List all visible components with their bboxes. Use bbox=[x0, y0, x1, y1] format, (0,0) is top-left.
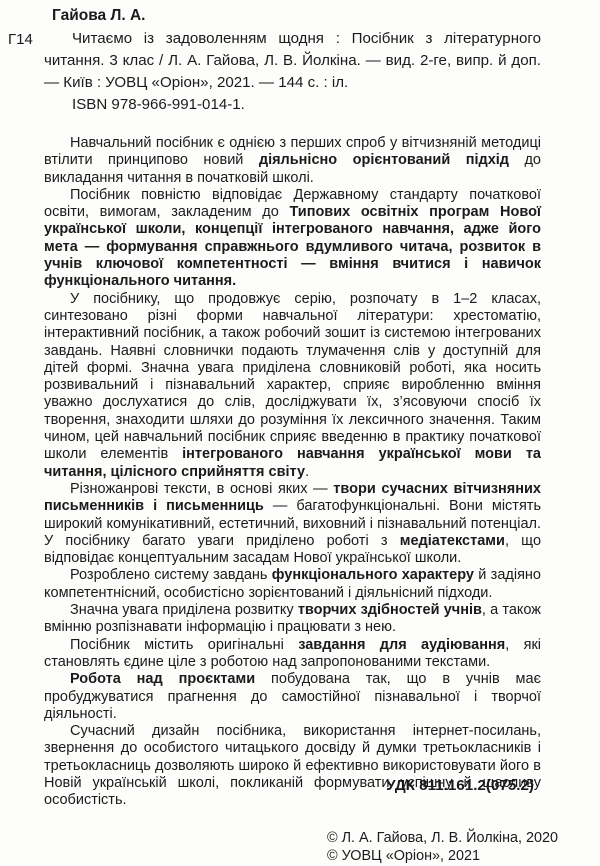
udc-number: УДК 811.161.2(075.2) bbox=[44, 777, 534, 794]
isbn-line: ISBN 978-966-991-014-1. bbox=[44, 96, 541, 113]
annotation-paragraph-3: У посібнику, що продовжує серію, розпоча… bbox=[44, 291, 541, 481]
annotation-paragraph-7: Посібник містить оригінальні завдання дл… bbox=[44, 637, 541, 672]
text-segment: Значна увага приділена розвитку bbox=[70, 602, 298, 618]
text-segment-bold: завдання для аудіювання bbox=[298, 637, 505, 653]
text-segment-bold: функціонального характеру bbox=[272, 567, 474, 583]
copyright-publisher: © УОВЦ «Оріон», 2021 bbox=[327, 848, 558, 866]
annotation-text: Навчальний посібник є однією з перших сп… bbox=[44, 135, 541, 810]
book-imprint-page: Гайова Л. А. Г14 Читаємо із задоволенням… bbox=[0, 0, 600, 866]
annotation-paragraph-4: Різножанрові тексти, в основі яких — тво… bbox=[44, 481, 541, 567]
bibliographic-record: Читаємо із задоволенням щодня : Посібник… bbox=[44, 28, 541, 93]
text-segment-bold: діяльнісно орієнтований підхід bbox=[259, 152, 509, 168]
bibliographic-block: Читаємо із задоволенням щодня : Посібник… bbox=[44, 28, 541, 113]
annotation-paragraph-8: Робота над проєктами побудована так, що … bbox=[44, 671, 541, 723]
annotation-paragraph-2: Посібник повністю відповідає Державному … bbox=[44, 187, 541, 291]
copyright-block: © Л. А. Гайова, Л. В. Йолкіна, 2020 © УО… bbox=[327, 830, 558, 865]
text-segment: У посібнику, що продовжує серію, розпоча… bbox=[44, 291, 541, 463]
text-segment: Розроблено систему завдань bbox=[70, 567, 272, 583]
text-segment-bold: Робота над проєктами bbox=[70, 671, 255, 687]
text-segment: . bbox=[305, 464, 309, 480]
copyright-authors: © Л. А. Гайова, Л. В. Йолкіна, 2020 bbox=[327, 830, 558, 848]
text-segment: Посібник містить оригінальні bbox=[70, 637, 298, 653]
text-segment-bold: творчих здібностей учнів bbox=[298, 602, 482, 618]
annotation-paragraph-9: Сучасний дизайн посібника, використання … bbox=[44, 723, 541, 809]
udc-letter-code: Г14 bbox=[8, 31, 33, 48]
author-heading: Гайова Л. А. bbox=[52, 7, 145, 25]
annotation-paragraph-1: Навчальний посібник є однією з перших сп… bbox=[44, 135, 541, 187]
annotation-paragraph-6: Значна увага приділена розвитку творчих … bbox=[44, 602, 541, 637]
annotation-paragraph-5: Розроблено систему завдань функціонально… bbox=[44, 567, 541, 602]
text-segment: Сучасний дизайн посібника, використання … bbox=[44, 723, 541, 808]
text-segment: Різножанрові тексти, в основі яких — bbox=[70, 481, 333, 497]
text-segment-bold: медіатекстами bbox=[400, 533, 505, 549]
